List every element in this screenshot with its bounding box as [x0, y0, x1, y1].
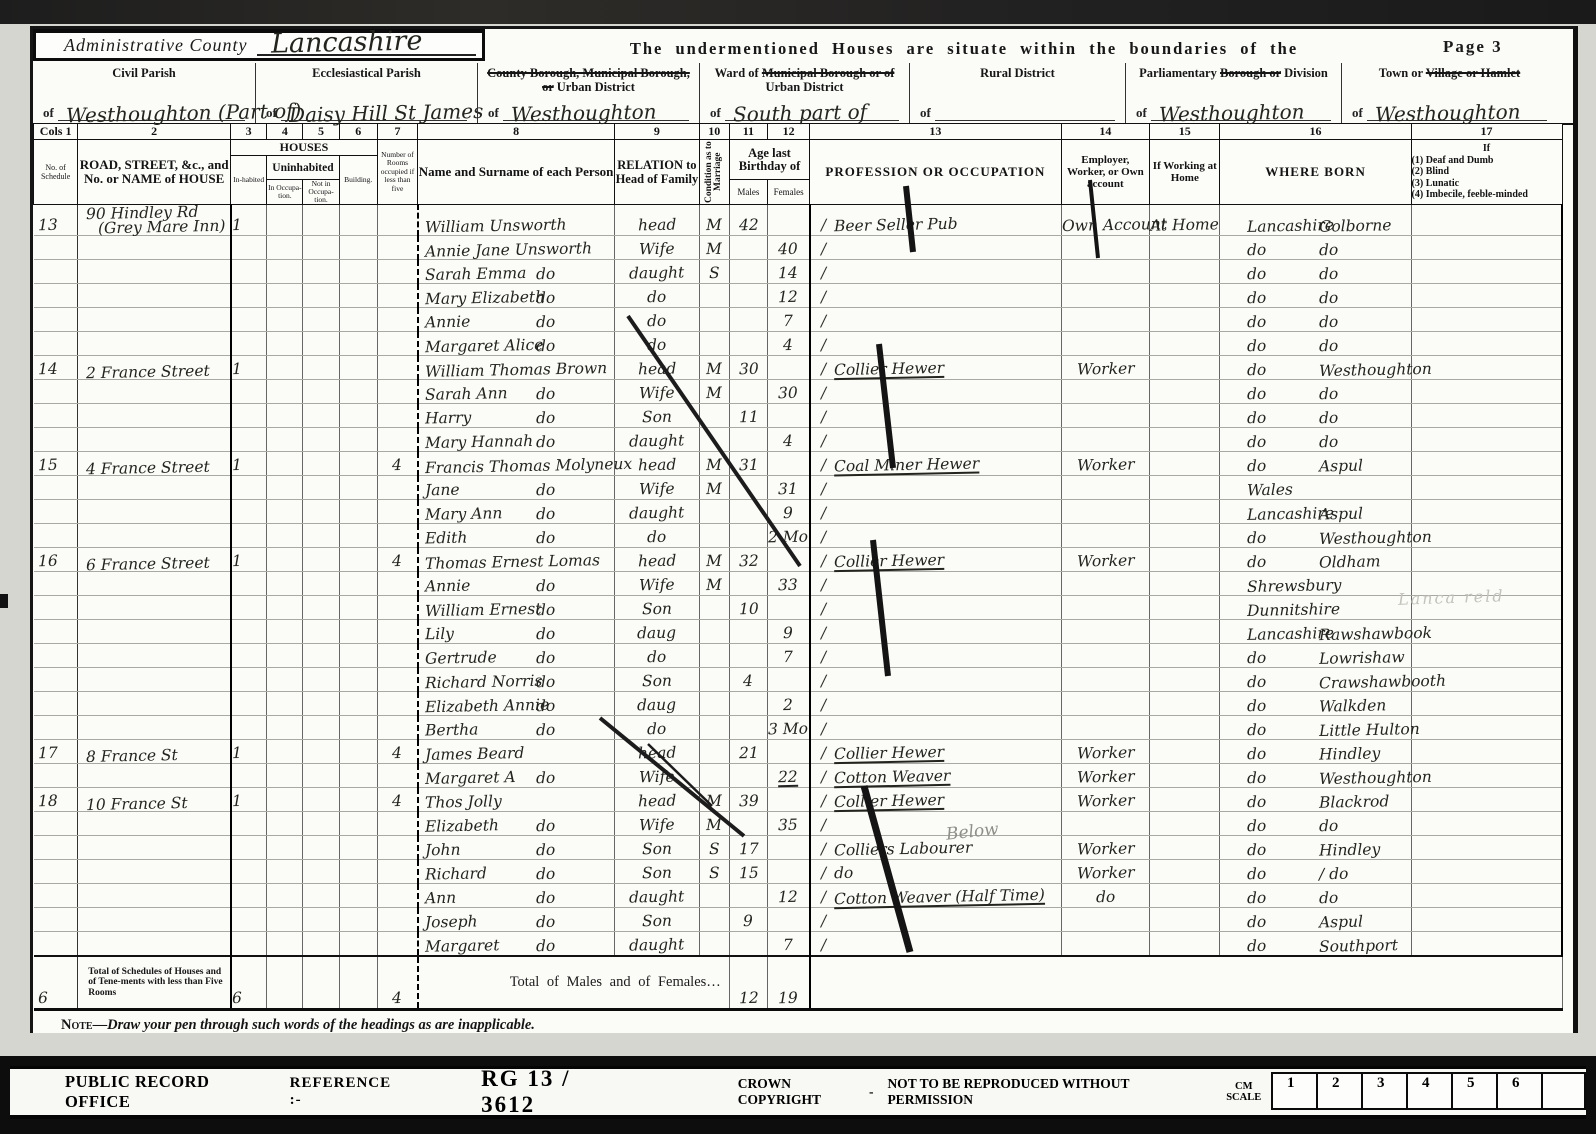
birth-county: do [1247, 651, 1267, 666]
person-name-ditto: do [536, 938, 556, 953]
birth-place: Hindley [1319, 746, 1381, 762]
schedule-number: 16 [37, 554, 57, 569]
person-name-ditto: do [536, 339, 556, 354]
admin-county-label: Administrative County [64, 35, 247, 56]
birth-county: do [1247, 747, 1267, 762]
birth-county: do [1247, 339, 1267, 354]
inhabited-mark: 1 [231, 362, 241, 377]
employer-status: Worker [1076, 361, 1134, 377]
birth-place: Lowrishaw [1319, 650, 1405, 667]
person-name: Harry [424, 411, 471, 427]
person-name: Gertrude [424, 650, 496, 666]
table-row: Johndo Son S 17 /Colliers Labourer Worke… [34, 836, 1563, 860]
relation: head [638, 362, 677, 378]
table-row: Josephdo Son 9 / doAspul [34, 908, 1563, 932]
total-males-value: 12 [738, 991, 758, 1006]
relation: daught [629, 505, 685, 521]
schedule-number: 17 [37, 746, 57, 761]
marital-condition: M [706, 482, 722, 497]
cm-scale-mark: 6 [1496, 1072, 1541, 1110]
admin-county-line: Lancashire [257, 24, 476, 56]
person-name: Ann [424, 891, 455, 907]
enumerator-tick: / [821, 770, 827, 785]
person-name-ditto: do [536, 867, 556, 882]
table-row: William Ernestdo Son 10 / Dunnitshire [34, 596, 1563, 620]
person-name-ditto: do [536, 483, 556, 498]
person-name-ditto: do [536, 675, 556, 690]
column-header-not-in-occupation: Not in Occupa-tion. [303, 180, 339, 205]
cm-scale-mark: 5 [1451, 1072, 1496, 1110]
birth-place: Little Hulton [1319, 722, 1420, 739]
age-female: 2 [783, 698, 793, 713]
table-row: Janedo Wife M 31 / Wales [34, 476, 1563, 500]
birth-place: do [1319, 243, 1339, 258]
person-name: Richard Norris [424, 674, 542, 691]
marital-condition: M [706, 362, 722, 377]
town-value: Westhoughton [1375, 99, 1521, 126]
table-header: Cols 12 34 56 78 910 1112 1314 1516 17 N… [34, 124, 1563, 205]
relation: head [638, 458, 677, 474]
enumerator-tick: / [821, 602, 827, 617]
age-male: 11 [738, 410, 758, 425]
birth-place: Oldham [1319, 554, 1381, 570]
person-name: Joseph [424, 914, 477, 930]
person-name: Edith [424, 531, 467, 547]
table-row: Edithdo do 2 Mo / doWesthoughton [34, 524, 1563, 548]
census-table: Cols 12 34 56 78 910 1112 1314 1516 17 N… [33, 123, 1563, 1011]
birth-county: do [1247, 891, 1267, 906]
cm-scale-ruler: 1 2 3 4 5 6 [1271, 1072, 1586, 1112]
column-header-condition: Condition as to Marriage [699, 140, 729, 205]
district-town: Town or Village or Hamlet ofWesthoughton [1341, 63, 1557, 123]
enumerator-tick: / [821, 218, 827, 233]
table-row: Mary Hannahdo daught 4 / dodo [34, 428, 1563, 452]
birth-county: do [1247, 795, 1267, 810]
person-name: Thomas Ernest Lomas [424, 553, 599, 572]
person-name-ditto: do [536, 603, 556, 618]
birth-place: do [1319, 291, 1339, 306]
age-female: 9 [783, 506, 793, 521]
person-name-ditto: do [536, 507, 556, 522]
table-row: Sarah Emmado daught S 14 / dodo [34, 260, 1563, 284]
cm-scale-label: CM SCALE [1224, 1081, 1263, 1103]
scan-top-edge [0, 0, 1596, 24]
enumerator-tick: / [821, 530, 827, 545]
person-name: Margaret A [424, 770, 515, 787]
employer-status: Worker [1076, 553, 1134, 569]
table-row: 17 8 France St 1 4 James Beard head 21 /… [34, 740, 1563, 764]
enumerator-tick: / [821, 266, 827, 281]
person-name: William Unsworth [424, 218, 566, 236]
relation: do [647, 650, 667, 665]
birth-county: do [1247, 699, 1267, 714]
person-name: John [424, 843, 460, 859]
schedule-number: 13 [37, 218, 57, 233]
person-name: Annie [424, 315, 470, 331]
cm-scale-mark [1541, 1072, 1586, 1110]
enumerator-tick: / [821, 554, 827, 569]
relation: Wife [639, 386, 675, 402]
person-name-ditto: do [536, 915, 556, 930]
table-row: Sarah Anndo Wife M 30 / dodo [34, 380, 1563, 404]
column-header-building: Building. [339, 156, 377, 205]
enumerator-tick: / [821, 937, 827, 952]
person-name: Sarah Emma [424, 266, 526, 283]
admin-county-value: Lancashire [271, 25, 423, 59]
profession: Cotton Weaver [834, 769, 951, 786]
person-name-ditto: do [536, 315, 556, 330]
ward-value: South part of [733, 100, 868, 127]
cm-scale-mark: 2 [1316, 1072, 1361, 1110]
table-row: Anniedo Wife M 33 / Shrewsbury [34, 572, 1563, 596]
birth-county: do [1247, 723, 1267, 738]
person-name-ditto: do [536, 843, 556, 858]
age-female: 12 [778, 890, 798, 905]
person-name-ditto: do [536, 819, 556, 834]
column-header-inhabited: In-habited [231, 156, 267, 205]
relation: Son [642, 866, 672, 882]
working-at-home: At Home [1150, 217, 1219, 233]
birth-place: Aspul [1319, 915, 1363, 931]
birth-county: do [1247, 243, 1267, 258]
parliamentary-value: Westhoughton [1159, 99, 1305, 126]
inhabited-mark: 1 [231, 458, 241, 473]
district-ecclesiastical-parish: Ecclesiastical Parish ofDaisy Hill St Ja… [255, 63, 477, 123]
district-rural-district: Rural District of [909, 63, 1125, 123]
profession: Collier Hewer [834, 361, 944, 378]
totals-row: 6 Total of Schedules of Houses and of Te… [34, 956, 1563, 1010]
person-name-ditto: do [536, 651, 556, 666]
column-header-males: Males [729, 180, 767, 205]
birth-county: do [1247, 555, 1267, 570]
header-row-groups: No. of Schedule ROAD, STREET, &c., and N… [34, 140, 1563, 156]
age-male: 42 [738, 218, 758, 233]
relation: head [638, 218, 677, 234]
person-name-ditto: do [536, 387, 556, 402]
profession: Collier Hewer [834, 553, 944, 570]
relation: daught [629, 433, 685, 449]
marital-condition: S [709, 266, 720, 281]
age-male: 31 [738, 458, 758, 473]
person-name: William Thomas Brown [424, 361, 606, 380]
table-row: Elizabeth Anniedo daug 2 / doWalkden [34, 692, 1563, 716]
totals-caption: Total of Males and of Females… [418, 956, 730, 1010]
table-row: Lilydo daug 9 / LancashireRawshawbook [34, 620, 1563, 644]
person-name: Bertha [424, 722, 478, 738]
urban-district-value: Westhoughton [511, 99, 657, 126]
enumerator-tick: / [821, 890, 827, 905]
relation: Wife [639, 242, 675, 258]
birth-county: do [1247, 411, 1267, 426]
rooms-count: 4 [392, 746, 402, 761]
footer-dash: - [869, 1084, 874, 1100]
person-name: William Ernest [424, 602, 541, 619]
address: 8 France St [86, 748, 178, 765]
totals-label: Total of Schedules of Houses and of Tene… [78, 956, 231, 1010]
faint-pencil-annotation: Lanca reld [1398, 586, 1505, 609]
enumerator-tick: / [821, 866, 827, 881]
age-female: 7 [783, 650, 793, 665]
schedule-number: 18 [37, 794, 57, 809]
enumerator-tick: / [821, 386, 827, 401]
footer-band: PUBLIC RECORD OFFICE REFERENCE :- RG 13 … [0, 1056, 1596, 1134]
birth-place: do [1319, 267, 1339, 282]
enumerator-tick: / [821, 458, 827, 473]
birth-county: Wales [1247, 483, 1293, 499]
table-row: 14 2 France Street 1 William Thomas Brow… [34, 356, 1563, 380]
column-header-working-at-home: If Working at Home [1150, 140, 1220, 205]
employer-status: Worker [1076, 841, 1134, 857]
relation: Wife [639, 818, 675, 834]
birth-place: do [1319, 891, 1339, 906]
table-row: Elizabethdo Wife M 35 / dodo [34, 812, 1563, 836]
table-row: 18 10 France St 1 4 Thos Jolly head M 39… [34, 788, 1563, 812]
district-urban-district: County Borough, Municipal Borough, or Ur… [477, 63, 699, 123]
enumerator-tick: / [821, 482, 827, 497]
employer-status: Worker [1076, 769, 1134, 785]
column-header-road: ROAD, STREET, &c., and No. or NAME of HO… [78, 140, 231, 205]
person-name: Lily [424, 627, 453, 643]
age-male: 30 [738, 362, 758, 377]
person-name: Annie [424, 579, 470, 595]
enumerator-tick: / [821, 506, 827, 521]
relation: head [638, 746, 677, 762]
person-name: Elizabeth Annie [424, 698, 548, 716]
column-header-relation: RELATION to Head of Family [615, 140, 699, 205]
birth-place: Aspul [1319, 507, 1363, 523]
table-row: Harrydo Son 11 / dodo [34, 404, 1563, 428]
enumerator-tick: / [821, 674, 827, 689]
footer-notice: NOT TO BE REPRODUCED WITHOUT PERMISSION [887, 1076, 1164, 1108]
relation: daug [637, 698, 676, 714]
person-name-ditto: do [536, 699, 556, 714]
marital-condition: M [706, 818, 722, 833]
cm-scale-mark: 1 [1271, 1072, 1316, 1110]
relation: head [638, 554, 677, 570]
age-female: 9 [783, 626, 793, 641]
enumerator-tick: / [821, 650, 827, 665]
employer-status: do [1096, 890, 1116, 905]
column-header-employer: Employer, Worker, or Own account [1061, 140, 1149, 205]
birth-county: do [1247, 267, 1267, 282]
ecclesiastical-parish-value: Daisy Hill St James [289, 99, 484, 127]
person-name: Jane [424, 483, 459, 499]
person-name: Mary Hannah [424, 434, 532, 451]
relation: do [647, 530, 667, 545]
marital-condition: M [706, 578, 722, 593]
age-female: 35 [778, 818, 798, 833]
schedule-number: 14 [37, 362, 57, 377]
age-female: 22 [778, 770, 798, 787]
rooms-count: 4 [392, 794, 402, 809]
person-name-ditto: do [536, 579, 556, 594]
birth-county: do [1247, 459, 1267, 474]
person-name: Margaret Alice [424, 338, 543, 355]
district-parliamentary: Parliamentary Borough or Division ofWest… [1125, 63, 1341, 123]
relation: Son [642, 410, 672, 426]
district-band: Civil Parish ofWesthoughton (Part of) Ec… [33, 63, 1573, 125]
person-name-ditto: do [536, 435, 556, 450]
address-line2: (Grey Mare Inn) [98, 219, 230, 237]
enumerator-tick: / [821, 722, 827, 737]
relation: Wife [639, 578, 675, 594]
table-row: Mary Anndo daught 9 / LancashireAspul [34, 500, 1563, 524]
person-name-ditto: do [536, 291, 556, 306]
age-female: 30 [778, 386, 798, 401]
marital-condition: M [706, 554, 722, 569]
column-header-females: Females [767, 180, 809, 205]
age-female: 7 [783, 937, 793, 952]
marital-condition: M [706, 218, 722, 233]
footer-reference: RG 13 / 3612 [481, 1066, 608, 1118]
birth-county: do [1247, 938, 1267, 953]
relation: head [638, 794, 677, 810]
district-ward: Ward of Municipal Borough or of Urban Di… [699, 63, 909, 123]
birth-place: Hindley [1319, 842, 1381, 858]
age-male: 10 [738, 602, 758, 617]
column-header-age: Age last Birthday of [729, 140, 809, 180]
footer-strip: PUBLIC RECORD OFFICE REFERENCE :- RG 13 … [10, 1066, 1586, 1119]
birth-county: do [1247, 363, 1267, 378]
person-name: Elizabeth [424, 818, 498, 835]
table-body: 13 90 Hindley Rd(Grey Mare Inn) 1 Willia… [34, 205, 1563, 1010]
column-header-in-occupation: In Occupa-tion. [267, 180, 303, 205]
page-number: Page 3 [1443, 29, 1573, 57]
relation: daught [629, 937, 685, 953]
birth-county: do [1247, 387, 1267, 402]
person-name-ditto: do [536, 627, 556, 642]
relation: daught [629, 265, 685, 281]
relation: do [647, 290, 667, 305]
age-female: 2 Mo [768, 530, 808, 546]
age-female: 3 Mo [768, 722, 808, 738]
table-row: Margaret Alicedo do 4 / dodo [34, 332, 1563, 356]
total-schedules-value: 6 [37, 991, 47, 1006]
rooms-count: 4 [392, 458, 402, 473]
age-male: 4 [743, 674, 753, 689]
person-name: Francis Thomas Molyneux [424, 457, 631, 476]
enumerator-tick: / [821, 434, 827, 449]
cm-scale-mark: 4 [1406, 1072, 1451, 1110]
table-row: Richarddo Son S 15 /do Worker do/ do [34, 860, 1563, 884]
table-row: Margaret Ado Wife 22 /Cotton Weaver Work… [34, 764, 1563, 788]
marital-condition: S [709, 866, 720, 881]
enumerator-tick: / [821, 818, 827, 833]
age-female: 4 [783, 338, 793, 353]
enumerator-tick: / [821, 842, 827, 857]
person-name: Mary Ann [424, 506, 502, 523]
relation: do [647, 338, 667, 353]
enumerator-tick: / [821, 314, 827, 329]
column-header-name: Name and Surname of each Person [418, 140, 615, 205]
person-name: Richard [424, 866, 486, 882]
birth-place: Southport [1319, 938, 1398, 955]
birth-place: Blackrod [1319, 794, 1390, 810]
age-male: 21 [738, 746, 758, 761]
birth-county: do [1247, 843, 1267, 858]
relation: do [647, 722, 667, 737]
person-name-ditto: do [536, 411, 556, 426]
age-male: 9 [743, 914, 753, 929]
age-female: 31 [778, 482, 798, 497]
inhabited-mark: 1 [231, 554, 241, 569]
table-row: Richard Norrisdo Son 4 / doCrawshawbooth [34, 668, 1563, 692]
rooms-count: 4 [392, 554, 402, 569]
person-name: Mary Elizabeth [424, 290, 544, 308]
marital-condition: M [706, 386, 722, 401]
birth-county: do [1247, 315, 1267, 330]
table-row: Berthado do 3 Mo / doLittle Hulton [34, 716, 1563, 740]
table-row: Annie Jane Unsworth Wife M 40 / dodo [34, 236, 1563, 260]
birth-place: do [1319, 435, 1339, 450]
total-inhabited-value: 6 [231, 991, 241, 1006]
cm-scale-mark: 3 [1361, 1072, 1406, 1110]
header-band: Administrative County Lancashire The und… [33, 29, 1573, 63]
birth-place: do [1319, 339, 1339, 354]
scan-edge-mark [0, 594, 8, 608]
birth-county: Shrewsbury [1247, 578, 1342, 595]
birth-place: do [1319, 411, 1339, 426]
relation: Wife [639, 770, 675, 786]
address: 10 France St [86, 796, 188, 813]
table-row: Anndo daught 12 /Cotton Weaver (Half Tim… [34, 884, 1563, 908]
situate-statement: The undermentioned Houses are situate wi… [485, 29, 1443, 59]
birth-county: do [1247, 819, 1267, 834]
employer-status: Worker [1076, 793, 1134, 809]
birth-place: do [1319, 819, 1339, 834]
enumerator-tick: / [821, 698, 827, 713]
birth-county: do [1247, 291, 1267, 306]
age-female: 40 [778, 242, 798, 257]
relation: daug [637, 626, 676, 642]
person-name: Sarah Ann [424, 386, 507, 403]
age-male: 39 [738, 794, 758, 809]
profession: Collier Hewer [834, 745, 944, 762]
enumerator-tick: / [821, 242, 827, 257]
employer-status: Worker [1076, 865, 1134, 881]
birth-place: Aspul [1319, 459, 1363, 475]
birth-county: Dunnitshire [1247, 602, 1340, 619]
person-name-ditto: do [536, 723, 556, 738]
person-name-ditto: do [536, 267, 556, 282]
birth-county: do [1247, 435, 1267, 450]
footer-copyright: CROWN COPYRIGHT [738, 1076, 855, 1108]
table-row: Mary Elizabethdo do 12 / dodo [34, 284, 1563, 308]
birth-place: / do [1319, 867, 1349, 883]
relation: Son [642, 674, 672, 690]
column-header-rooms: Number of Rooms occupied if less than fi… [377, 140, 417, 205]
enumerator-tick: / [821, 746, 827, 761]
total-rooms-value: 4 [392, 991, 402, 1006]
enumerator-tick: / [821, 410, 827, 425]
inhabited-mark: 1 [231, 746, 241, 761]
enumerator-tick: / [821, 914, 827, 929]
birth-county: do [1247, 675, 1267, 690]
column-header-schedule: No. of Schedule [34, 140, 78, 205]
table-row: 16 6 France Street 1 4 Thomas Ernest Lom… [34, 548, 1563, 572]
person-name: Margaret [424, 938, 499, 955]
enumerator-tick: / [821, 290, 827, 305]
marital-condition: M [706, 794, 722, 809]
column-numbers-row: Cols 12 34 56 78 910 1112 1314 1516 17 [34, 124, 1563, 140]
footer-office: PUBLIC RECORD OFFICE [65, 1072, 245, 1112]
person-name-ditto: do [536, 891, 556, 906]
relation: do [647, 314, 667, 329]
person-name-ditto: do [536, 771, 556, 786]
age-male: 17 [738, 842, 758, 857]
age-female: 7 [783, 314, 793, 329]
table-row: Anniedo do 7 / dodo [34, 308, 1563, 332]
